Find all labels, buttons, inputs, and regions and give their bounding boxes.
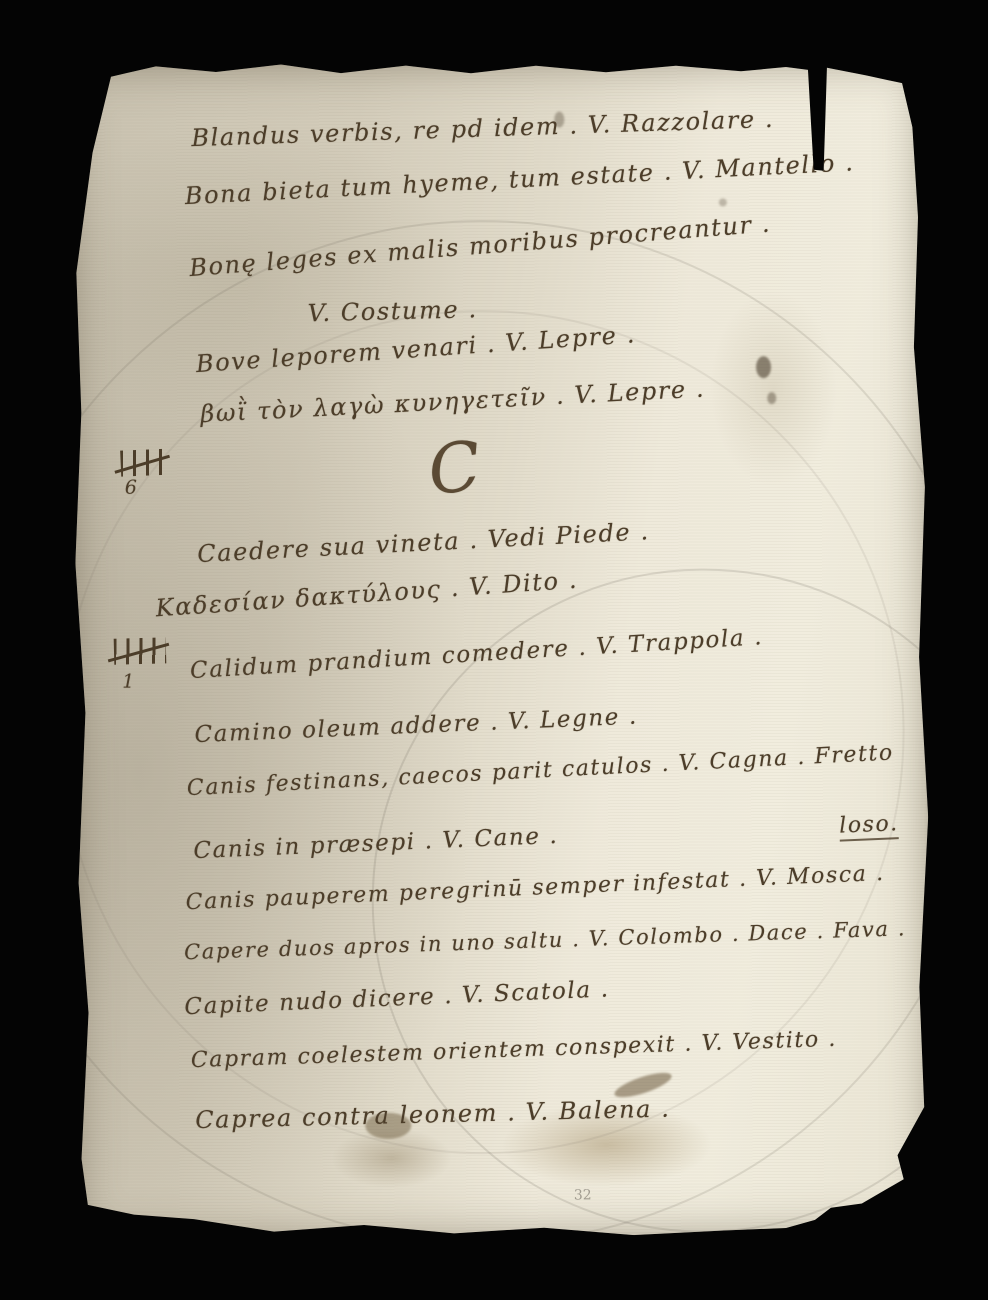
manuscript-page: Blandus verbis, re pd idem . V. Razzolar…: [66, 57, 934, 1243]
tally-count: 6: [125, 477, 139, 499]
manuscript-line: Camino oleum addere . V. Legne .: [194, 704, 638, 749]
manuscript-line: Capere duos apros in uno saltu . V. Colo…: [184, 916, 907, 964]
manuscript-line: Caprea contra leonem . V. Balena .: [195, 1095, 671, 1135]
manuscript-line: Capram coelestem orientem conspexit . V.…: [190, 1027, 837, 1073]
tally-count: 1: [122, 671, 136, 693]
section-initial: C: [424, 427, 485, 511]
pencil-page-number: 32: [574, 1187, 592, 1203]
manuscript-line: Canis pauperem peregrinū semper infestat…: [185, 861, 885, 915]
manuscript-line: Bona bieta tum hyeme, tum estate . V. Ma…: [184, 148, 855, 210]
manuscript-line: Canis in præsepi . V. Cane .: [193, 823, 559, 864]
ink-blot: [767, 392, 776, 404]
manuscript-line: βωῒ τὸν λαγὼ κυνηγετεῖν . V. Lepre .: [200, 375, 706, 429]
manuscript-line: Bonę leges ex malis moribus procreantur …: [188, 209, 772, 282]
manuscript-line: Capite nudo dicere . V. Scatola .: [184, 976, 610, 1020]
ink-blot: [719, 198, 727, 206]
manuscript-line: Bove leporem venari . V. Lepre .: [195, 320, 637, 378]
manuscript-line: Canis festinans, caecos parit catulos . …: [186, 740, 894, 801]
photo-background: Blandus verbis, re pd idem . V. Razzolar…: [0, 0, 988, 1300]
manuscript-line: V. Costume .: [307, 295, 478, 327]
tally-mark: [120, 449, 167, 477]
manuscript-line: Καδεσίαν δακτύλους . V. Dito .: [155, 566, 579, 623]
ink-blot: [756, 356, 771, 378]
tally-mark: [114, 637, 167, 664]
manuscript-line: Blandus verbis, re pd idem . V. Razzolar…: [191, 105, 775, 152]
manuscript-line: Caedere sua vineta . Vedi Piede .: [197, 517, 651, 568]
manuscript-line: Calidum prandium comedere . V. Trappola …: [189, 624, 763, 684]
manuscript-line: loso.: [839, 811, 900, 841]
